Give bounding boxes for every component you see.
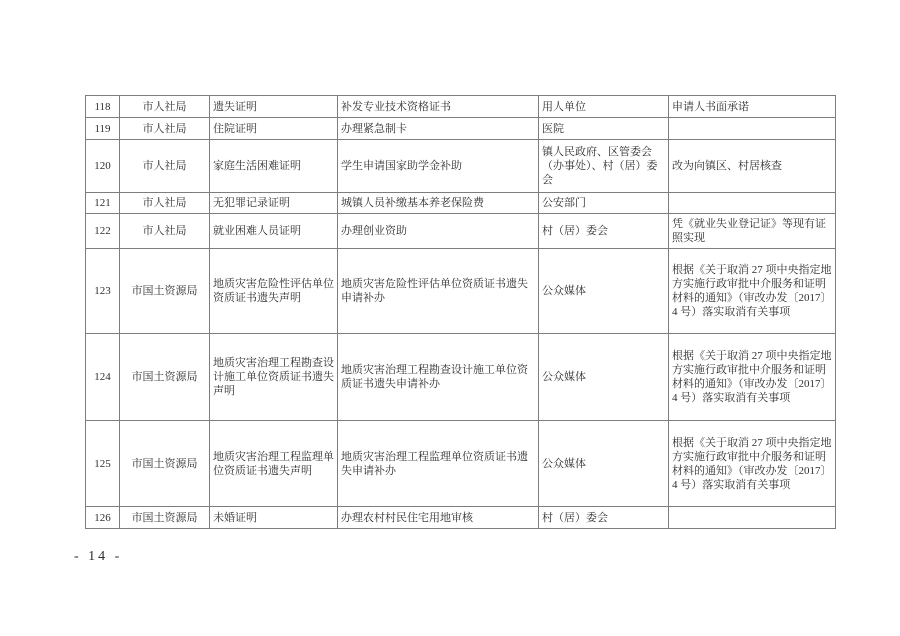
- table-row: 118 市人社局 遗失证明 补发专业技术资格证书 用人单位 申请人书面承诺: [86, 96, 836, 118]
- cell-certificate: 地质灾害治理工程监理单位资质证书遗失声明: [210, 421, 338, 507]
- cell-note: 凭《就业失业登记证》等现有证照实现: [669, 214, 836, 249]
- cell-note: 根据《关于取消 27 项中央指定地方实施行政审批中介服务和证明材料的通知》（审改…: [669, 421, 836, 507]
- cell-requesting-unit: 公众媒体: [539, 334, 669, 421]
- cell-requesting-unit: 公众媒体: [539, 249, 669, 334]
- cell-row-number: 119: [86, 118, 120, 140]
- cell-department: 市人社局: [120, 214, 210, 249]
- cell-department: 市人社局: [120, 118, 210, 140]
- cell-note: [669, 118, 836, 140]
- cell-purpose: 办理农村村民住宅用地审核: [338, 507, 539, 529]
- table-row: 126 市国土资源局 未婚证明 办理农村村民住宅用地审核 村（居）委会: [86, 507, 836, 529]
- table-row: 119 市人社局 住院证明 办理紧急制卡 医院: [86, 118, 836, 140]
- cell-requesting-unit: 用人单位: [539, 96, 669, 118]
- table-row: 120 市人社局 家庭生活困难证明 学生申请国家助学金补助 镇人民政府、区管委会…: [86, 140, 836, 193]
- cell-note: 根据《关于取消 27 项中央指定地方实施行政审批中介服务和证明材料的通知》（审改…: [669, 334, 836, 421]
- cell-purpose: 办理紧急制卡: [338, 118, 539, 140]
- cell-certificate: 地质灾害危险性评估单位资质证书遗失声明: [210, 249, 338, 334]
- cell-purpose: 学生申请国家助学金补助: [338, 140, 539, 193]
- cell-note: [669, 507, 836, 529]
- cell-department: 市人社局: [120, 140, 210, 193]
- cell-certificate: 未婚证明: [210, 507, 338, 529]
- cell-department: 市人社局: [120, 193, 210, 214]
- cell-department: 市国土资源局: [120, 249, 210, 334]
- page-number: - 14 -: [74, 549, 122, 565]
- cell-purpose: 办理创业资助: [338, 214, 539, 249]
- cell-department: 市国土资源局: [120, 334, 210, 421]
- cell-certificate: 住院证明: [210, 118, 338, 140]
- cell-purpose: 城镇人员补缴基本养老保险费: [338, 193, 539, 214]
- cell-requesting-unit: 公众媒体: [539, 421, 669, 507]
- cell-row-number: 121: [86, 193, 120, 214]
- cell-requesting-unit: 公安部门: [539, 193, 669, 214]
- cell-purpose: 地质灾害治理工程勘查设计施工单位资质证书遗失申请补办: [338, 334, 539, 421]
- cell-row-number: 125: [86, 421, 120, 507]
- cell-row-number: 126: [86, 507, 120, 529]
- cell-requesting-unit: 镇人民政府、区管委会（办事处）、村（居）委会: [539, 140, 669, 193]
- cell-row-number: 123: [86, 249, 120, 334]
- cell-purpose: 地质灾害治理工程监理单位资质证书遗失申请补办: [338, 421, 539, 507]
- cell-certificate: 地质灾害治理工程勘查设计施工单位资质证书遗失声明: [210, 334, 338, 421]
- cell-row-number: 122: [86, 214, 120, 249]
- cell-note: 改为向镇区、村居核查: [669, 140, 836, 193]
- cell-requesting-unit: 村（居）委会: [539, 214, 669, 249]
- cell-certificate: 就业困难人员证明: [210, 214, 338, 249]
- cell-requesting-unit: 医院: [539, 118, 669, 140]
- cell-requesting-unit: 村（居）委会: [539, 507, 669, 529]
- certificates-table-container: 118 市人社局 遗失证明 补发专业技术资格证书 用人单位 申请人书面承诺 11…: [85, 95, 836, 529]
- cell-purpose: 补发专业技术资格证书: [338, 96, 539, 118]
- cell-department: 市国土资源局: [120, 421, 210, 507]
- cell-row-number: 124: [86, 334, 120, 421]
- certificates-table: 118 市人社局 遗失证明 补发专业技术资格证书 用人单位 申请人书面承诺 11…: [85, 95, 836, 529]
- table-row: 122 市人社局 就业困难人员证明 办理创业资助 村（居）委会 凭《就业失业登记…: [86, 214, 836, 249]
- cell-note: [669, 193, 836, 214]
- cell-note: 根据《关于取消 27 项中央指定地方实施行政审批中介服务和证明材料的通知》（审改…: [669, 249, 836, 334]
- cell-department: 市国土资源局: [120, 507, 210, 529]
- cell-certificate: 遗失证明: [210, 96, 338, 118]
- table-row: 123 市国土资源局 地质灾害危险性评估单位资质证书遗失声明 地质灾害危险性评估…: [86, 249, 836, 334]
- table-row: 124 市国土资源局 地质灾害治理工程勘查设计施工单位资质证书遗失声明 地质灾害…: [86, 334, 836, 421]
- cell-row-number: 118: [86, 96, 120, 118]
- cell-note: 申请人书面承诺: [669, 96, 836, 118]
- cell-certificate: 家庭生活困难证明: [210, 140, 338, 193]
- document-page: { "document": { "page_number": "- 14 -" …: [0, 0, 900, 636]
- cell-purpose: 地质灾害危险性评估单位资质证书遗失申请补办: [338, 249, 539, 334]
- table-row: 121 市人社局 无犯罪记录证明 城镇人员补缴基本养老保险费 公安部门: [86, 193, 836, 214]
- cell-certificate: 无犯罪记录证明: [210, 193, 338, 214]
- table-row: 125 市国土资源局 地质灾害治理工程监理单位资质证书遗失声明 地质灾害治理工程…: [86, 421, 836, 507]
- cell-department: 市人社局: [120, 96, 210, 118]
- cell-row-number: 120: [86, 140, 120, 193]
